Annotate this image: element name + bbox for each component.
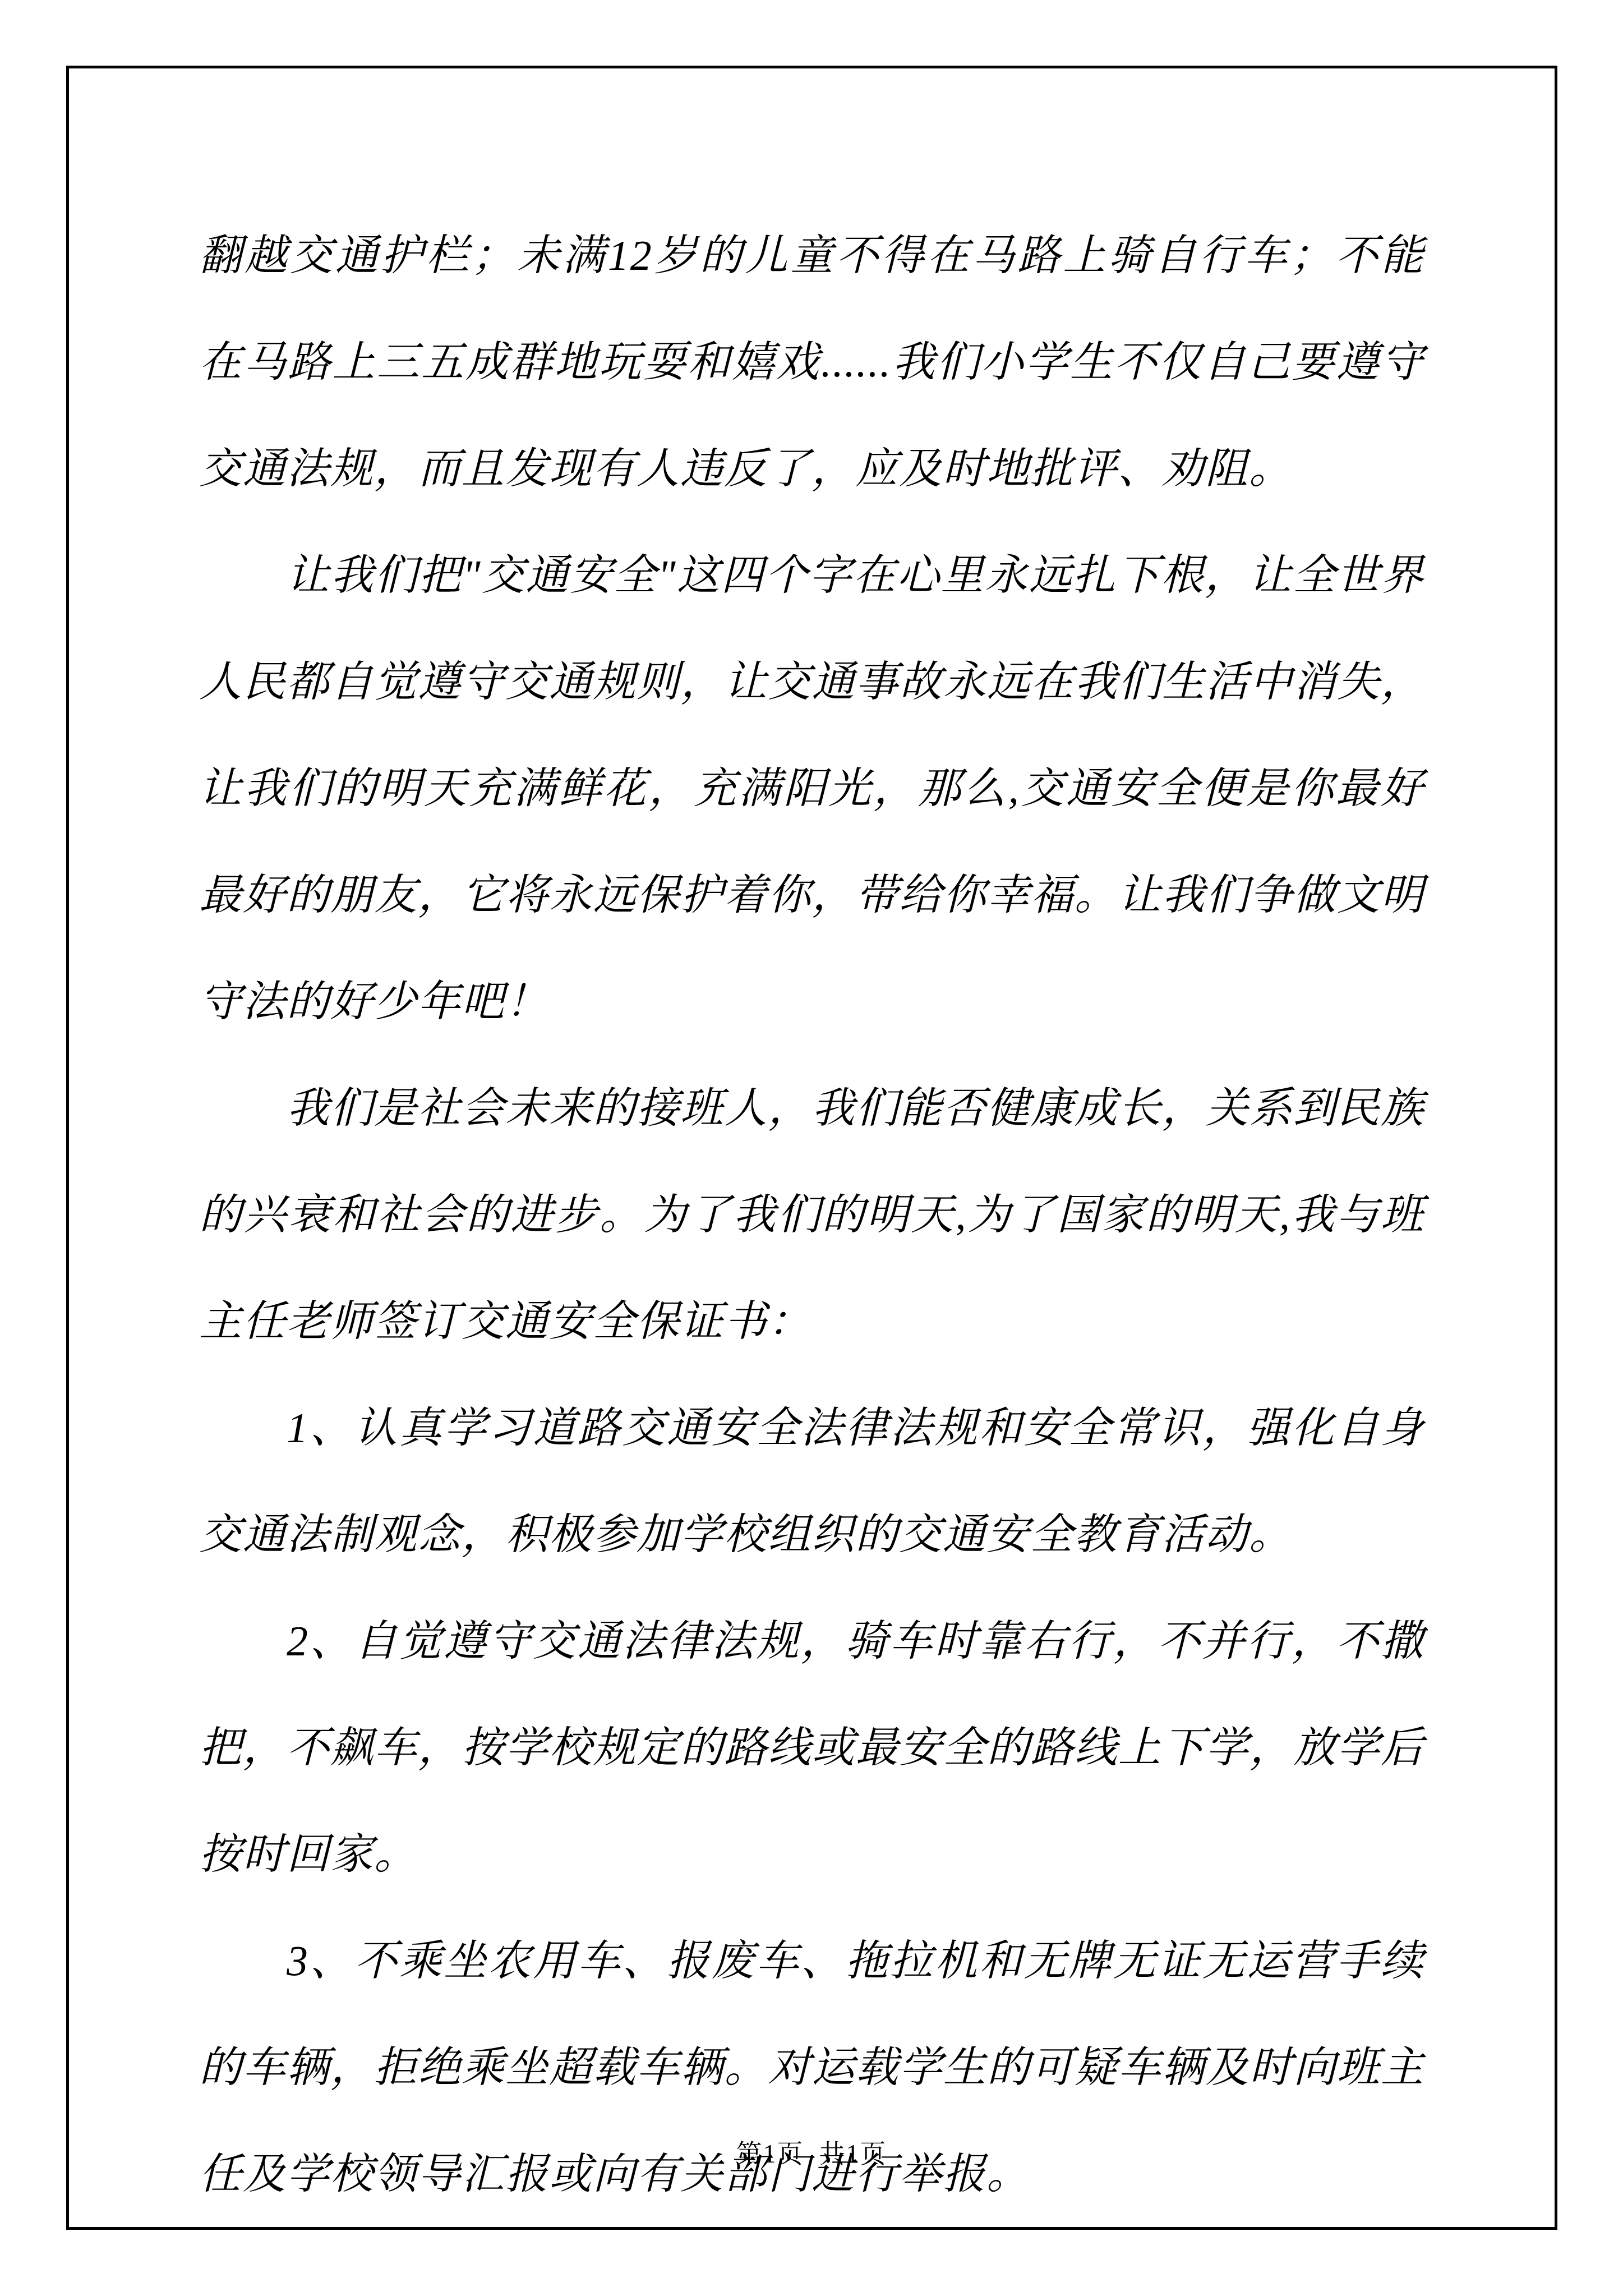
document-body: 翻越交通护栏；未满12岁的儿童不得在马路上骑自行车；不能在马路上三五成群地玩耍和… — [199, 203, 1424, 2228]
paragraph: 我们是社会未来的接班人，我们能否健康成长，关系到民族的兴衰和社会的进步。为了我们… — [199, 1055, 1424, 1375]
paragraph: 让我们把"交通安全"这四个字在心里永远扎下根，让全世界人民都自觉遵守交通规则，让… — [199, 522, 1424, 1055]
paragraph: 1、认真学习道路交通安全法律法规和安全常识，强化自身交通法制观念，积极参加学校组… — [199, 1375, 1424, 1588]
paragraph: 2、自觉遵守交通法律法规，骑车时靠右行，不并行，不撒把，不飙车，按学校规定的路线… — [199, 1588, 1424, 1908]
paragraph: 3、不乘坐农用车、报废车、拖拉机和无牌无证无运营手续的车辆，拒绝乘坐超载车辆。对… — [199, 1908, 1424, 2228]
paragraph: 翻越交通护栏；未满12岁的儿童不得在马路上骑自行车；不能在马路上三五成群地玩耍和… — [199, 203, 1424, 522]
document-page: 翻越交通护栏；未满12岁的儿童不得在马路上骑自行车；不能在马路上三五成群地玩耍和… — [0, 0, 1623, 2296]
page-number-label: 第1页 共1页 — [736, 2139, 887, 2168]
page-footer: 第1页 共1页 — [0, 2138, 1623, 2170]
